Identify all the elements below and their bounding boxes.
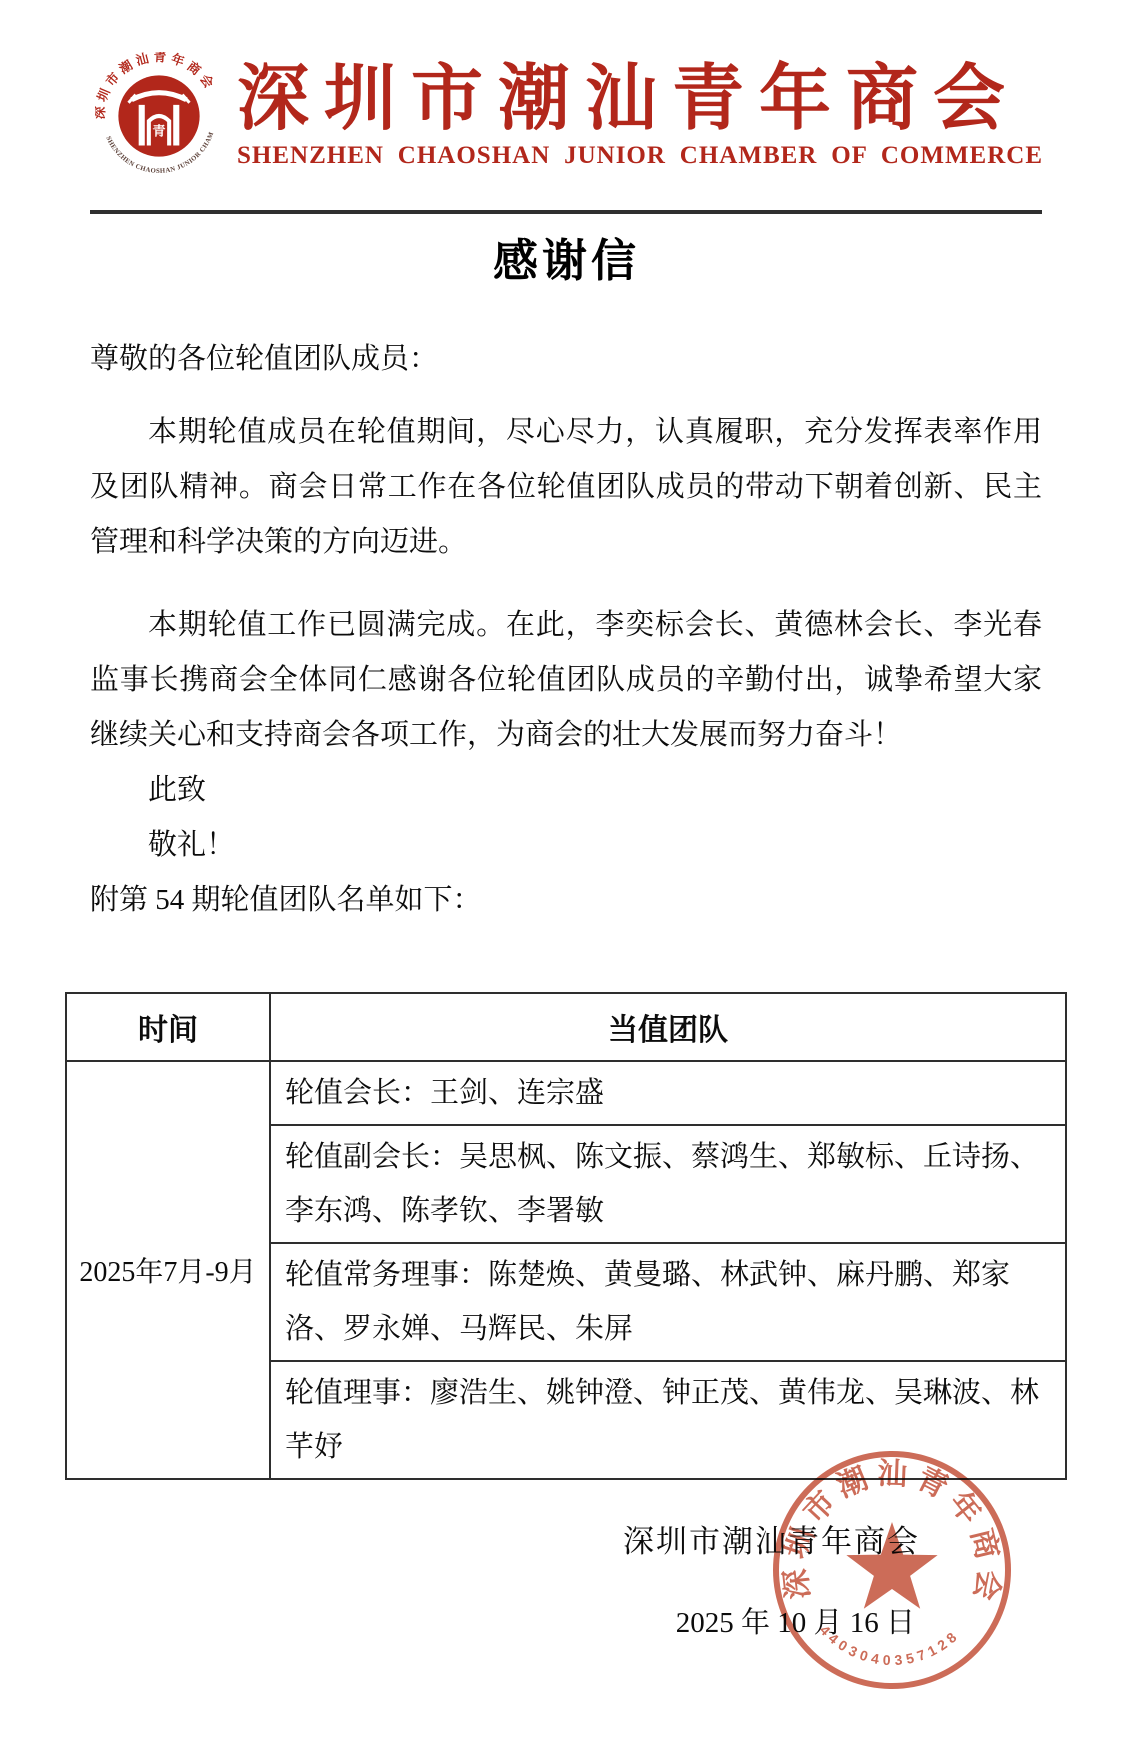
duty-roster-table: 时间 当值团队 2025年7月-9月 轮值会长：王剑、连宗盛 轮值副会长：吴思枫… bbox=[65, 992, 1067, 1480]
duty-presidents-cell: 轮值会长：王剑、连宗盛 bbox=[270, 1061, 1066, 1125]
table-header-team: 当值团队 bbox=[270, 993, 1066, 1061]
duty-vice-presidents-cell: 轮值副会长：吴思枫、陈文振、蔡鸿生、郑敏标、丘诗扬、李东鸿、陈孝钦、李署敏 bbox=[270, 1125, 1066, 1243]
period-cell: 2025年7月-9月 bbox=[66, 1061, 270, 1479]
official-seal: 深圳市潮汕青年商会 4403040357128 bbox=[770, 1448, 1014, 1692]
org-names: 深圳市潮汕青年商会 SHENZHEN CHAOSHAN JUNIOR CHAMB… bbox=[237, 62, 1043, 170]
org-name-en: SHENZHEN CHAOSHAN JUNIOR CHAMBER OF COMM… bbox=[237, 142, 1043, 170]
seal-star-icon bbox=[846, 1522, 937, 1609]
paragraph-1: 本期轮值成员在轮值期间，尽心尽力，认真履职，充分发挥表率作用及团队精神。商会日常… bbox=[90, 405, 1042, 570]
org-name-cn: 深圳市潮汕青年商会 bbox=[237, 62, 1058, 138]
doc-title: 感谢信 bbox=[0, 224, 1133, 289]
salutation: 尊敬的各位轮值团队成员： bbox=[90, 332, 1042, 387]
table-header-row: 时间 当值团队 bbox=[66, 993, 1066, 1061]
duty-executive-directors-cell: 轮值常务理事：陈楚焕、黄曼璐、林武钟、麻丹鹏、郑家洛、罗永婵、马辉民、朱屏 bbox=[270, 1243, 1066, 1361]
table-row: 2025年7月-9月 轮值会长：王剑、连宗盛 bbox=[66, 1061, 1066, 1125]
letter-page: 深圳市潮汕青年商会 SHENZHEN CHAOSHAN JUNIOR CHAMB… bbox=[0, 0, 1133, 1749]
org-logo-icon: 深圳市潮汕青年商会 SHENZHEN CHAOSHAN JUNIOR CHAMB… bbox=[95, 52, 223, 180]
svg-text:4403040357128: 4403040357128 bbox=[817, 1622, 963, 1668]
paragraph-2: 本期轮值工作已圆满完成。在此，李奕标会长、黄德林会长、李光春监事长携商会全体同仁… bbox=[90, 598, 1042, 763]
letterhead: 深圳市潮汕青年商会 SHENZHEN CHAOSHAN JUNIOR CHAMB… bbox=[95, 52, 1043, 180]
logo-center-char: 青 bbox=[152, 122, 165, 138]
letterhead-divider bbox=[90, 210, 1042, 214]
table-header-time: 时间 bbox=[66, 993, 270, 1061]
letter-body: 尊敬的各位轮值团队成员： 本期轮值成员在轮值期间，尽心尽力，认真履职，充分发挥表… bbox=[90, 332, 1042, 928]
closing-jingli: 敬礼！ bbox=[90, 818, 1042, 873]
closing-cizhi: 此致 bbox=[90, 763, 1042, 818]
attachment-note: 附第 54 期轮值团队名单如下： bbox=[90, 873, 1042, 928]
seal-serial: 4403040357128 bbox=[817, 1622, 963, 1668]
